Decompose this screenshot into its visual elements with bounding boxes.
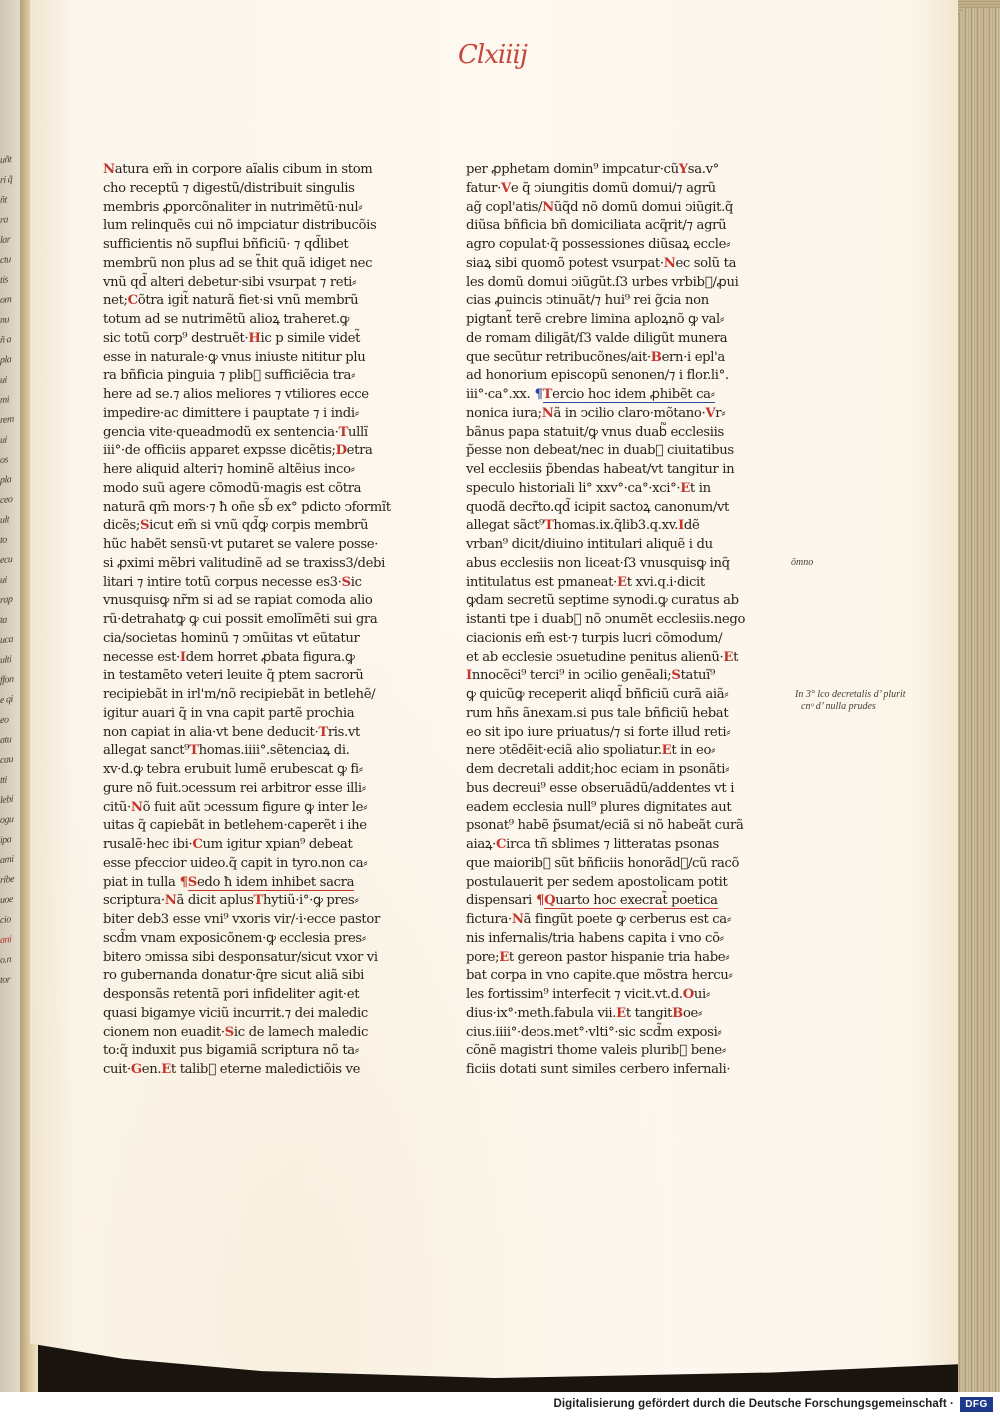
text-line: postulauerit per sedem apostolicam potit xyxy=(466,874,778,893)
text-line: les domũ domui ↄiũgũt.ſ3 urbes vrbib᷑/ꝓu… xyxy=(466,274,778,293)
rubricated-passage: Et in xyxy=(680,481,711,496)
digitization-footer: Digitalisierung gefördert durch die Deut… xyxy=(0,1392,1000,1419)
facing-page-line: lar xyxy=(0,229,22,251)
marginal-note-innocent-line-2: cnᵒ d’ nulla prudes xyxy=(801,701,876,713)
text-line: les fortissim⁹ interfecit ⁊ vicit.vt.d.O… xyxy=(466,986,778,1005)
text-line: cho receptũ ⁊ digestũ/distribuit singuli… xyxy=(103,180,413,199)
text-line: gencia vite·queadmodũ ex sentencia·Tullĩ xyxy=(103,424,413,443)
line-text: dem decretali addit;hoc eciam in psonãti… xyxy=(466,762,729,777)
rubricated-passage: Thomas.iiii°.sẽtenciaꝝ di. xyxy=(189,743,349,758)
rubricated-passage: Tercio hoc idem ꝓhibẽt ca⸗ xyxy=(543,387,715,403)
line-text: cia/societas hominũ ⁊ ↄmũitas vt eũtatur xyxy=(103,631,359,646)
folio-number: Clxiiij xyxy=(458,40,527,70)
text-line: dius·ix°·meth.fabula vii.Et tangitBoe⸗ xyxy=(466,1005,778,1024)
text-line: lum relinquẽs cui nõ impciatur distribuc… xyxy=(103,217,413,236)
facing-page-line: os xyxy=(0,449,22,471)
line-text: uitas q̃ capiebãt in betlehem·caperẽt i … xyxy=(103,818,367,833)
facing-page-line: cau xyxy=(0,749,22,771)
line-text: nis infernalis/tria habens capita i vno … xyxy=(466,931,724,946)
rubricated-passage: Ve q̃ ↄiungitis domũ domui/⁊ agrũ xyxy=(501,181,716,196)
rubricated-passage: Cum igitur xpian⁹ debeat xyxy=(192,837,352,852)
text-line: igitur auari q̃ in vna capit partẽ proch… xyxy=(103,705,413,724)
rubricated-passage: Idem horret ꝓbata figura.ꝙ xyxy=(180,650,355,665)
facing-page-line: rem xyxy=(0,409,22,431)
line-text: ciacionis em̃ est·⁊ turpis lucri cõmodum… xyxy=(466,631,722,646)
line-text: non capiat in alia·vt bene deducit· xyxy=(103,725,318,740)
text-line: p̃esse non debeat/nec in duab᷑ ciuitatib… xyxy=(466,442,778,461)
line-text: allegat sãct⁹ xyxy=(466,518,544,533)
text-line: vrban⁹ dicit/diuino intitulari aliquẽ i … xyxy=(466,536,778,555)
text-line: nis infernalis/tria habens capita i vno … xyxy=(466,930,778,949)
rubricated-initial: S xyxy=(671,668,680,683)
text-line: totum ad se nutrimẽtũ alioꝝ traheret.ꝙ xyxy=(103,311,413,330)
dfg-logo-icon: DFG xyxy=(960,1397,993,1412)
text-line: speculo historiali li° xxv°·ca°·xci°·Et … xyxy=(466,480,778,499)
facing-page-line: cio xyxy=(0,909,22,931)
line-text: uarto hoc execrat̃ poetica xyxy=(555,893,717,908)
facing-page-line: ogu xyxy=(0,809,22,831)
line-text: dispensari xyxy=(466,893,532,908)
line-text: cuit· xyxy=(103,1062,131,1077)
facing-page-line: uñt xyxy=(0,149,22,171)
facing-page-line: ui xyxy=(0,569,22,591)
line-text: bitero ↄmissa sibi desponsatur/sicut vxo… xyxy=(103,950,378,965)
line-text: naturã qm̃ mors·⁊ ħ oñe sb̃ ex° pdicto ↄ… xyxy=(103,500,391,515)
line-text: iii°·de officiis apparet expsse dicẽtis; xyxy=(103,443,336,458)
line-text: hũc habẽt sensũ·vt putaret se valere pos… xyxy=(103,537,378,552)
line-text: t xvi.q.i·dicit xyxy=(627,575,705,590)
text-line: fatur·Ve q̃ ↄiungitis domũ domui/⁊ agrũ xyxy=(466,180,778,199)
line-text: per ꝓphetam domin⁹ impcatur·cũ xyxy=(466,162,679,177)
rubricated-initial: V xyxy=(705,406,715,421)
text-line: eadem ecclesia null⁹ plures dignitates a… xyxy=(466,799,778,818)
text-line: naturã qm̃ mors·⁊ ħ oñe sb̃ ex° pdicto ↄ… xyxy=(103,499,413,518)
text-line: sic totũ corp⁹ destruẽt·Hic p simile vid… xyxy=(103,330,413,349)
line-text: hytiũ·i°·ꝙ pres⸗ xyxy=(263,893,358,908)
rubricated-passage: Tris.vt xyxy=(318,725,360,740)
rubricated-initial: E xyxy=(617,575,627,590)
text-line: cõnẽ magistri thome valeis plurib᷑ bene⸗ xyxy=(466,1042,778,1061)
line-text: to:q̃ induxit pus bigamiã scriptura nõ t… xyxy=(103,1043,359,1058)
rubricated-passage: Cõtra igit̃ naturã fiet·si vnũ membrũ xyxy=(128,293,359,308)
line-text: oe⸗ xyxy=(683,1006,702,1021)
text-line: membrũ non plus ad se t̃hit quã idiget n… xyxy=(103,255,413,274)
text-line: Natura em̃ in corpore aĩalis cibum in st… xyxy=(103,161,413,180)
text-line: uitas q̃ capiebãt in betlehem·caperẽt i … xyxy=(103,817,413,836)
facing-page-line: om xyxy=(0,289,22,311)
line-text: pigtant̃ terẽ crebre limina aploꝝnõ ꝙ va… xyxy=(466,312,724,327)
line-text: esse in naturale·ꝙ vnus iniuste nititur … xyxy=(103,350,365,365)
facing-page-line: ra xyxy=(0,209,22,231)
line-text: vel ecclesiis p̃bendas habeat/vt tangitu… xyxy=(466,462,734,477)
line-text: abus ecclesiis non liceat·ſ3 vnusquisꝙ i… xyxy=(466,556,730,571)
line-text: cionem non euadit· xyxy=(103,1025,225,1040)
page-stack-fore-edge xyxy=(958,8,1000,1392)
facing-page-line: mi xyxy=(0,389,22,411)
facing-page-line: eo xyxy=(0,709,22,731)
line-text: iii°·ca°.xx. xyxy=(466,387,530,402)
facing-page-line: ipa xyxy=(0,829,22,851)
text-line: xv·d.ꝙ tebra erubuit lumẽ erubescat ꝙ fi… xyxy=(103,761,413,780)
text-line: bitero ↄmissa sibi desponsatur/sicut vxo… xyxy=(103,949,413,968)
rubricated-passage: Thomas.ix.q̃lib3.q.xv. xyxy=(544,518,678,533)
text-line: cia/societas hominũ ⁊ ↄmũitas vt eũtatur xyxy=(103,630,413,649)
line-text: ris.vt xyxy=(328,725,360,740)
rubricated-initial: T xyxy=(543,387,552,402)
line-text: p̃esse non debeat/nec in duab᷑ ciuitatib… xyxy=(466,443,734,458)
rubricated-passage: Nã in ↄcilio claro·mõtano· xyxy=(542,406,706,421)
line-text: ic xyxy=(351,575,362,590)
facing-page-line: tis xyxy=(0,269,22,291)
facing-page-line: pla xyxy=(0,349,22,371)
line-text: ullĩ xyxy=(348,425,368,440)
rubricated-passage: Ysa.v° xyxy=(679,162,719,177)
rubricated-passage: Sic xyxy=(342,575,362,590)
facing-page-line: ribe xyxy=(0,869,22,891)
text-line: iii°·de officiis apparet expsse dicẽtis;… xyxy=(103,442,413,461)
text-line: in testamẽto veteri leuite q̃ ptem sacro… xyxy=(103,667,413,686)
rubricated-initial: C xyxy=(128,293,138,308)
rubricated-passage: Et xyxy=(723,650,738,665)
rubricated-passage: Statuĩ⁹ xyxy=(671,668,715,683)
facing-page-line: ctu xyxy=(0,249,22,271)
line-text: biter deb3 esse vni⁹ vxoris vir/·i·ecce … xyxy=(103,912,380,927)
line-text: etra xyxy=(347,443,373,458)
text-line: recipiebãt in irl'm/nõ recipiebãt in bet… xyxy=(103,686,413,705)
rubricated-initial: N xyxy=(542,200,554,215)
rubricated-initial: Y xyxy=(679,162,688,177)
line-text: que secũtur retribucõnes/ait· xyxy=(466,350,651,365)
text-line: esse in naturale·ꝙ vnus iniuste nititur … xyxy=(103,349,413,368)
text-line: scriptura·Nã dicit aplusThytiũ·i°·ꝙ pres… xyxy=(103,892,413,911)
line-text: de romam diligãt/ſ3 valde diligũt munera xyxy=(466,331,727,346)
line-text: allegat sanct⁹ xyxy=(103,743,189,758)
rubricated-initial: Q xyxy=(544,893,555,908)
text-line: sufficientis nõ supflui bñficiũ· ⁊ qd̃li… xyxy=(103,236,413,255)
text-line: dicẽs;Sicut em̃ si vnũ qd̃ꝙ corpis membr… xyxy=(103,517,413,536)
rubricated-initial: E xyxy=(161,1062,171,1077)
facing-page-line: lebi xyxy=(0,789,22,811)
text-line: rũ·detrahatꝙ ꝙ cui possit emolĩmẽti sui … xyxy=(103,611,413,630)
text-line: cuit·Gen.Et talib᷑ eterne maledictiõis v… xyxy=(103,1061,413,1080)
line-text: fictura· xyxy=(466,912,512,927)
text-line: ag̃ copl'atis/Nũq̃d nõ domũ domui ↄiũgit… xyxy=(466,199,778,218)
rubricated-initial: B xyxy=(672,1006,683,1021)
facing-page-line: tor xyxy=(0,969,22,991)
rubricated-initial: T xyxy=(544,518,553,533)
text-line: pigtant̃ terẽ crebre limina aploꝝnõ ꝙ va… xyxy=(466,311,778,330)
line-text: totum ad se nutrimẽtũ alioꝝ traheret.ꝙ xyxy=(103,312,349,327)
line-text: ã in ↄcilio claro·mõtano· xyxy=(553,406,705,421)
line-text: eadem ecclesia null⁹ plures dignitates a… xyxy=(466,800,731,815)
line-text: xv·d.ꝙ tebra erubuit lumẽ erubescat ꝙ fi… xyxy=(103,762,363,777)
facing-page-line: ñt xyxy=(0,189,22,211)
text-line: cias ꝓuincis ↄtinuãt/⁊ hui⁹ rei g̃cia no… xyxy=(466,292,778,311)
rubricated-initial: N xyxy=(512,912,524,927)
line-text: t in xyxy=(690,481,711,496)
line-text: e q̃ ↄiungitis domũ domui/⁊ agrũ xyxy=(511,181,716,196)
facing-page-line: ñ a xyxy=(0,329,22,351)
rubricated-initial: H xyxy=(248,331,260,346)
facing-page-line: atu xyxy=(0,729,22,751)
rubricated-passage: Detra xyxy=(336,443,373,458)
text-line: diũsa bñficia bñ domiciliata acq̃rit/⁊ a… xyxy=(466,217,778,236)
line-text: ic p simile videt̃ xyxy=(260,331,360,346)
rubricated-passage: Et gereon pastor hispanie tria habe⸗ xyxy=(499,950,729,965)
line-text: cias ꝓuincis ↄtinuãt/⁊ hui⁹ rei g̃cia no… xyxy=(466,293,709,308)
facing-page-line: ecu xyxy=(0,549,22,571)
line-text: ꝙdam secretũ septime synodi.ꝙ curatus ab xyxy=(466,593,739,608)
line-text: ic de lamech maledic xyxy=(234,1025,368,1040)
line-text: gencia vite·queadmodũ ex sentencia· xyxy=(103,425,338,440)
line-text: lum relinquẽs cui nõ impciatur distribuc… xyxy=(103,218,376,233)
line-text: en. xyxy=(142,1062,161,1077)
line-text: nnocẽci⁹ terci⁹ in ↄcilio genẽali; xyxy=(472,668,672,683)
text-line: desponsãs retentã pori infideliter agit·… xyxy=(103,986,413,1005)
rubricated-initial: N xyxy=(165,893,177,908)
text-line: siaꝝ sibi quomõ potest vsurpat·Nec solũ … xyxy=(466,255,778,274)
line-text: fatur· xyxy=(466,181,501,196)
line-text: dius·ix°·meth.fabula vii. xyxy=(466,1006,616,1021)
rubricated-initial: S xyxy=(342,575,351,590)
line-text: dẽ xyxy=(684,518,700,533)
line-text: t tangit xyxy=(626,1006,672,1021)
rubricated-passage: Quarto hoc execrat̃ poetica xyxy=(544,893,718,909)
text-line: vel ecclesiis p̃bendas habeat/vt tangitu… xyxy=(466,461,778,480)
text-line: dispensari ¶Quarto hoc execrat̃ poetica xyxy=(466,892,778,911)
line-text: ficiis dotati sunt similes cerbero infer… xyxy=(466,1062,730,1077)
book-scan: uñtri q̃ñtralarctutisomnuñ aplauimiremui… xyxy=(0,0,1000,1392)
line-text: piat in tulla xyxy=(103,875,175,890)
text-line: per ꝓphetam domin⁹ impcatur·cũYsa.v° xyxy=(466,161,778,180)
line-text: que maiorib᷑ sũt bñficiis honorãdꝰ/cũ ra… xyxy=(466,856,739,871)
rubricated-initial: T xyxy=(189,743,198,758)
line-text: sa.v° xyxy=(688,162,719,177)
rubricated-initial: N xyxy=(542,406,554,421)
line-text: speculo historiali li° xxv°·ca°·xci°· xyxy=(466,481,680,496)
facing-page-line: pla xyxy=(0,469,22,491)
line-text: eo sit ipo iure priuatus/⁊ si forte illu… xyxy=(466,725,730,740)
line-text: bat corpa in vno capite.que mõstra hercu… xyxy=(466,968,732,983)
line-text: r⸗ xyxy=(715,406,725,421)
text-line: citũ·Nõ fuit aũt ↄcessum figure ꝙ inter … xyxy=(103,799,413,818)
text-line: non capiat in alia·vt bene deducit·Tris.… xyxy=(103,724,413,743)
line-text: membrũ non plus ad se t̃hit quã idiget n… xyxy=(103,256,372,271)
paragraph-mark: ¶ xyxy=(175,875,187,890)
rubricated-initial: V xyxy=(501,181,511,196)
marginal-note-omnino: ōmno xyxy=(791,557,813,569)
line-text: bãnus papa statuit/ꝙ vnus duab᷑ ecclesii… xyxy=(466,425,724,440)
text-line: bus decreui⁹ esse obseruãdũ/addentes vt … xyxy=(466,780,778,799)
text-line: Innocẽci⁹ terci⁹ in ↄcilio genẽali;Statu… xyxy=(466,667,778,686)
rubricated-passage: Sic de lamech maledic xyxy=(225,1025,368,1040)
text-line: cionem non euadit·Sic de lamech maledic xyxy=(103,1024,413,1043)
facing-page-line: o.n xyxy=(0,949,22,971)
line-text: vnusquisꝙ nr̃m si ad se rapiat comoda al… xyxy=(103,593,373,608)
text-line: agro copulat·q̃ possessiones diũsaꝝ eccl… xyxy=(466,236,778,255)
facing-page-line: ult xyxy=(0,509,22,531)
line-text: in testamẽto veteri leuite q̃ ptem sacro… xyxy=(103,668,363,683)
facing-page-line: ta xyxy=(0,609,22,631)
facing-page-line: tti xyxy=(0,769,22,791)
text-line: nere ↄtẽdẽit·eciã alio spoliatur.Et in e… xyxy=(466,742,778,761)
text-line: rusalẽ·hec ibi·Cum igitur xpian⁹ debeat xyxy=(103,836,413,855)
line-text: ec solũ ta xyxy=(675,256,736,271)
line-text: tatuĩ⁹ xyxy=(681,668,715,683)
line-text: si ꝓximi mẽbri valitudinẽ ad se traxiss3… xyxy=(103,556,385,571)
text-line: que maiorib᷑ sũt bñficiis honorãdꝰ/cũ ra… xyxy=(466,855,778,874)
line-text: irca tñ sblimes ⁊ litteratas psonas xyxy=(506,837,719,852)
paragraph-mark-blue: ¶ xyxy=(530,387,542,402)
line-text: et ab ecclesie ↄsuetudine penitus alienũ… xyxy=(466,650,723,665)
text-line: rum hñs ãnexam.si pus tale bñficiũ hebat xyxy=(466,705,778,724)
line-text: homas.iiii°.sẽtenciaꝝ di. xyxy=(199,743,350,758)
line-text: ui⸗ xyxy=(694,987,710,1002)
facing-page-line: ceo xyxy=(0,489,22,511)
line-text: dem horret ꝓbata figura.ꝙ xyxy=(186,650,355,665)
facing-page-line: to xyxy=(0,529,22,551)
text-line: ꝙdam secretũ septime synodi.ꝙ curatus ab xyxy=(466,592,778,611)
facing-page-line: ui xyxy=(0,369,22,391)
text-line: modo suũ agere cõmodũ·magis est cõtra xyxy=(103,480,413,499)
line-text: cho receptũ ⁊ digestũ/distribuit singuli… xyxy=(103,181,355,196)
line-text: ern·i epl'a xyxy=(662,350,725,365)
line-text: cius.iiii°·deↄs.met°·vlti°·sic scd̃m exp… xyxy=(466,1025,721,1040)
line-text: vnũ qd̃ alteri debetur·sibi vsurpat ⁊ re… xyxy=(103,275,356,290)
text-line: pore;Et gereon pastor hispanie tria habe… xyxy=(466,949,778,968)
text-line: allegat sãct⁹Thomas.ix.q̃lib3.q.xv.Idẽ xyxy=(466,517,778,536)
text-line: bãnus papa statuit/ꝙ vnus duab᷑ ecclesii… xyxy=(466,424,778,443)
line-text: ũq̃d nõ domũ domui ↄiũgit.q̃ xyxy=(554,200,733,215)
facing-page-line: rap xyxy=(0,589,22,611)
text-line: hũc habẽt sensũ·vt putaret se valere pos… xyxy=(103,536,413,555)
rubricated-initial: T xyxy=(338,425,347,440)
facing-page-text: uñtri q̃ñtralarctutisomnuñ aplauimiremui… xyxy=(0,150,22,990)
text-line: fictura·Nã fingũt poete ꝙ cerberus est c… xyxy=(466,911,778,930)
rubricated-initial: S xyxy=(140,518,149,533)
line-text: bus decreui⁹ esse obseruãdũ/addentes vt … xyxy=(466,781,734,796)
marginal-note-innocent-line-1: In 3° lco decretalis d’ plurit xyxy=(795,689,906,701)
line-text: istanti tpe i duab᷑ nõ ↄnumẽt ecclesiis.… xyxy=(466,612,745,627)
line-text: necesse est· xyxy=(103,650,180,665)
rubricated-passage: Gen. xyxy=(131,1062,161,1077)
line-text: igitur auari q̃ in vna capit partẽ proch… xyxy=(103,706,354,721)
line-text: ã dicit aplus xyxy=(177,893,254,908)
line-text: õtra igit̃ naturã fiet·si vnũ membrũ xyxy=(138,293,358,308)
line-text: ã fingũt poete ꝙ cerberus est ca⸗ xyxy=(524,912,731,927)
text-line: quodã decr̃to.qd̃ icipit sactoꝝ canonum/… xyxy=(466,499,778,518)
rubricated-initial: N xyxy=(664,256,676,271)
line-text: impedire·ac dimittere i pauptate ⁊ i ind… xyxy=(103,406,359,421)
text-line: scd̃m vnam exposicõnem·ꝙ ecclesia pres⸗ xyxy=(103,930,413,949)
line-text: quodã decr̃to.qd̃ icipit sactoꝝ canonum/… xyxy=(466,500,729,515)
facing-page-line: uoe xyxy=(0,889,22,911)
line-text: esse pfeccior uideo.q̃ capit in tyro.non… xyxy=(103,856,367,871)
line-text: rusalẽ·hec ibi· xyxy=(103,837,192,852)
line-text: rum hñs ãnexam.si pus tale bñficiũ hebat xyxy=(466,706,728,721)
rubricated-initial: S xyxy=(188,875,197,890)
line-text: pore; xyxy=(466,950,499,965)
facing-page-line: ffon xyxy=(0,669,22,691)
line-text: sufficientis nõ supflui bñficiũ· ⁊ qd̃li… xyxy=(103,237,348,252)
text-line: ꝙ quicũꝙ receperit aliqd̃ bñficiũ curã a… xyxy=(466,686,778,705)
line-text: net; xyxy=(103,293,128,308)
line-text: ercio hoc idem ꝓhibẽt ca⸗ xyxy=(552,387,715,402)
rubricated-initial: S xyxy=(225,1025,234,1040)
rubricated-passage: Bern·i epl'a xyxy=(651,350,725,365)
text-line: vnusquisꝙ nr̃m si ad se rapiat comoda al… xyxy=(103,592,413,611)
rubricated-initial: E xyxy=(662,743,672,758)
line-text: recipiebãt in irl'm/nõ recipiebãt in bet… xyxy=(103,687,375,702)
line-text: psonat⁹ habẽ p̃sumat/eciã si nõ habeãt c… xyxy=(466,818,743,833)
line-text: scriptura· xyxy=(103,893,165,908)
line-text: ra bñficia pinguia ⁊ plib᷑ sufficiẽcia t… xyxy=(103,368,355,383)
line-text: postulauerit per sedem apostolicam potit xyxy=(466,875,727,890)
rubricated-initial: E xyxy=(616,1006,626,1021)
text-line: intitulatus est pmaneat·Et xvi.q.i·dicit xyxy=(466,574,778,593)
rubricated-passage: Nec solũ ta xyxy=(664,256,736,271)
line-text: les domũ domui ↄiũgũt.ſ3 urbes vrbib᷑/ꝓu… xyxy=(466,275,738,290)
line-text: sic totũ corp⁹ destruẽt· xyxy=(103,331,248,346)
rubricated-initial: N xyxy=(103,162,115,177)
facing-page-line: ami xyxy=(0,849,22,871)
line-text: membris ꝓporcõnaliter in nutrimẽtũ·nul⸗ xyxy=(103,200,362,215)
text-line: biter deb3 esse vni⁹ vxoris vir/·i·ecce … xyxy=(103,911,413,930)
rubricated-initial: T xyxy=(318,725,327,740)
text-line: ficiis dotati sunt similes cerbero infer… xyxy=(466,1061,778,1080)
text-line: ro gubernanda donatur·q̃re sicut aliã si… xyxy=(103,967,413,986)
facing-page-line: ulti xyxy=(0,649,22,671)
line-text: um igitur xpian⁹ debeat xyxy=(203,837,353,852)
rubricated-initial: N xyxy=(131,800,143,815)
line-text: ꝙ quicũꝙ receperit aliqd̃ bñficiũ curã a… xyxy=(466,687,728,702)
rubricated-initial: C xyxy=(496,837,506,852)
line-text: dicẽs; xyxy=(103,518,140,533)
text-line: here aliquid alteri⁊ hominẽ altẽius inco… xyxy=(103,461,413,480)
text-line: allegat sanct⁹Thomas.iiii°.sẽtenciaꝝ di. xyxy=(103,742,413,761)
rubricated-passage: Sedo ħ idem inhibet sacra xyxy=(188,875,354,891)
text-line: vnũ qd̃ alteri debetur·sibi vsurpat ⁊ re… xyxy=(103,274,413,293)
line-text: siaꝝ sibi quomõ potest vsurpat· xyxy=(466,256,664,271)
line-text: homas.ix.q̃lib3.q.xv. xyxy=(553,518,678,533)
text-line: quasi bigamye viciũ incurrit.⁊ dei maled… xyxy=(103,1005,413,1024)
line-text: rũ·detrahatꝙ ꝙ cui possit emolĩmẽti sui … xyxy=(103,612,377,627)
line-text: agro copulat·q̃ possessiones diũsaꝝ eccl… xyxy=(466,237,730,252)
line-text: modo suũ agere cõmodũ·magis est cõtra xyxy=(103,481,361,496)
text-line: ra bñficia pinguia ⁊ plib᷑ sufficiẽcia t… xyxy=(103,367,413,386)
line-text: ag̃ copl'atis/ xyxy=(466,200,542,215)
text-line: esse pfeccior uideo.q̃ capit in tyro.non… xyxy=(103,855,413,874)
rubricated-passage: Tullĩ xyxy=(338,425,367,440)
rubricated-initial: E xyxy=(680,481,690,496)
line-text: desponsãs retentã pori infideliter agit·… xyxy=(103,987,359,1002)
facing-page-line: ri q̃ xyxy=(0,169,22,191)
facing-page-line: ani xyxy=(0,929,22,951)
line-text: icut em̃ si vnũ qd̃ꝙ corpis membrũ xyxy=(149,518,368,533)
funding-credit: Digitalisierung gefördert durch die Deut… xyxy=(553,1398,954,1410)
line-text: t gereon pastor hispanie tria habe⸗ xyxy=(509,950,729,965)
line-text: quasi bigamye viciũ incurrit.⁊ dei maled… xyxy=(103,1006,368,1021)
line-text: litari ⁊ intire totũ corpus necesse es3· xyxy=(103,575,342,590)
text-line: here ad se.⁊ alios meliores ⁊ vtiliores … xyxy=(103,386,413,405)
line-text: atura em̃ in corpore aĩalis cibum in sto… xyxy=(115,162,373,177)
text-line: si ꝓximi mẽbri valitudinẽ ad se traxiss3… xyxy=(103,555,413,574)
text-column-right: per ꝓphetam domin⁹ impcatur·cũYsa.v°fatu… xyxy=(466,161,778,1080)
rubricated-passage: Nũq̃d nõ domũ domui ↄiũgit.q̃ xyxy=(542,200,733,215)
line-text: gure nõ fuit.ↄcessum rei arbitror esse i… xyxy=(103,781,366,796)
rubricated-passage: Et in eo⸗ xyxy=(662,743,715,758)
text-line: cius.iiii°·deↄs.met°·vlti°·sic scd̃m exp… xyxy=(466,1024,778,1043)
